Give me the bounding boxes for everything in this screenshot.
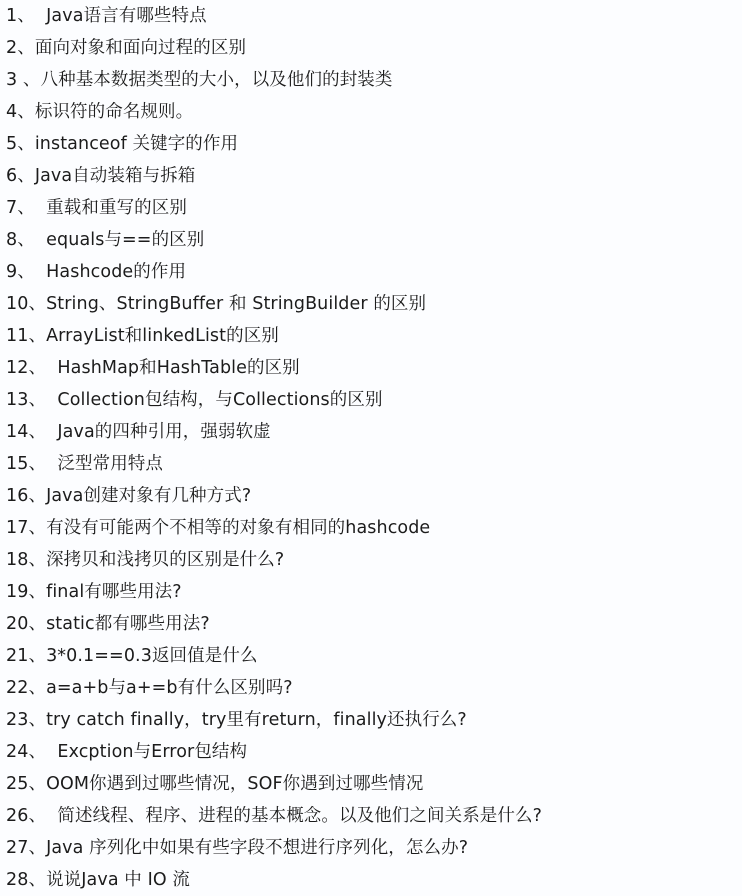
item-number: 24、 [6,742,46,762]
item-text: Excption与Error包结构 [57,742,247,762]
item-text: 标识符的命名规则。 [35,102,193,122]
item-text: Collection包结构，与Collections的区别 [57,390,382,410]
item-text: 八种基本数据类型的大小，以及他们的封装类 [41,70,393,90]
item-text: String、StringBuffer 和 StringBuilder 的区别 [46,294,426,314]
item-text: 3*0.1==0.3返回值是什么 [46,646,257,666]
item-gap [46,806,57,826]
list-item: 23、try catch finally，try里有return，finally… [6,704,742,736]
list-item: 13、 Collection包结构，与Collections的区别 [6,384,742,416]
list-item: 2、面向对象和面向过程的区别 [6,32,742,64]
list-item: 22、a=a+b与a+=b有什么区别吗? [6,672,742,704]
list-item: 24、 Excption与Error包结构 [6,736,742,768]
item-number: 2、 [6,38,35,58]
list-item: 8、 equals与==的区别 [6,224,742,256]
item-text: 泛型常用特点 [57,454,163,474]
item-gap [35,262,46,282]
item-text: try catch finally，try里有return，finally还执行… [46,710,467,730]
item-number: 9、 [6,262,35,282]
list-item: 15、 泛型常用特点 [6,448,742,480]
question-list: 1、 Java语言有哪些特点 2、面向对象和面向过程的区别 3 、八种基本数据类… [6,0,742,896]
list-item: 1、 Java语言有哪些特点 [6,0,742,32]
item-number: 25、 [6,774,46,794]
item-number: 16、 [6,486,46,506]
list-item: 12、 HashMap和HashTable的区别 [6,352,742,384]
list-item: 10、String、StringBuffer 和 StringBuilder 的… [6,288,742,320]
item-gap [35,198,46,218]
list-item: 9、 Hashcode的作用 [6,256,742,288]
item-number: 28、 [6,870,46,890]
item-number: 22、 [6,678,46,698]
item-gap [46,390,57,410]
item-text: 有没有可能两个不相等的对象有相同的hashcode [46,518,430,538]
item-text: 重载和重写的区别 [46,198,187,218]
list-item: 14、 Java的四种引用，强弱软虚 [6,416,742,448]
list-item: 18、深拷贝和浅拷贝的区别是什么? [6,544,742,576]
item-gap [35,6,46,26]
item-text: ArrayList和linkedList的区别 [46,326,279,346]
list-item: 6、Java自动装箱与拆箱 [6,160,742,192]
list-item: 26、 简述线程、程序、进程的基本概念。以及他们之间关系是什么? [6,800,742,832]
item-number: 18、 [6,550,46,570]
list-item: 17、有没有可能两个不相等的对象有相同的hashcode [6,512,742,544]
list-item: 7、 重载和重写的区别 [6,192,742,224]
item-text: instanceof 关键字的作用 [35,134,238,154]
item-number: 3 、 [6,70,41,90]
item-text: Java 序列化中如果有些字段不想进行序列化，怎么办? [46,838,468,858]
item-text: HashMap和HashTable的区别 [57,358,299,378]
list-item: 20、static都有哪些用法? [6,608,742,640]
item-number: 15、 [6,454,46,474]
item-number: 11、 [6,326,46,346]
item-gap [46,454,57,474]
item-number: 4、 [6,102,35,122]
item-text: 简述线程、程序、进程的基本概念。以及他们之间关系是什么? [57,806,542,826]
list-item: 27、Java 序列化中如果有些字段不想进行序列化，怎么办? [6,832,742,864]
item-number: 21、 [6,646,46,666]
item-number: 1、 [6,6,35,26]
item-text: Java语言有哪些特点 [46,6,207,26]
item-number: 20、 [6,614,46,634]
item-number: 27、 [6,838,46,858]
item-number: 19、 [6,582,46,602]
list-item: 21、3*0.1==0.3返回值是什么 [6,640,742,672]
item-text: OOM你遇到过哪些情况，SOF你遇到过哪些情况 [46,774,423,794]
item-text: 说说Java 中 IO 流 [46,870,190,890]
item-text: Java自动装箱与拆箱 [35,166,196,186]
list-item: 5、instanceof 关键字的作用 [6,128,742,160]
item-text: 面向对象和面向过程的区别 [35,38,246,58]
list-item: 3 、八种基本数据类型的大小，以及他们的封装类 [6,64,742,96]
list-item: 16、Java创建对象有几种方式? [6,480,742,512]
list-item: 19、final有哪些用法? [6,576,742,608]
list-item: 4、标识符的命名规则。 [6,96,742,128]
item-text: Java创建对象有几种方式? [46,486,251,506]
item-number: 8、 [6,230,35,250]
item-gap [35,230,46,250]
item-text: final有哪些用法? [46,582,182,602]
item-number: 12、 [6,358,46,378]
item-number: 23、 [6,710,46,730]
list-item: 25、OOM你遇到过哪些情况，SOF你遇到过哪些情况 [6,768,742,800]
item-gap [46,422,57,442]
item-number: 5、 [6,134,35,154]
item-gap [46,742,57,762]
list-item: 28、说说Java 中 IO 流 [6,864,742,896]
item-text: equals与==的区别 [46,230,204,250]
item-text: Java的四种引用，强弱软虚 [57,422,270,442]
item-number: 14、 [6,422,46,442]
item-text: Hashcode的作用 [46,262,186,282]
item-text: static都有哪些用法? [46,614,210,634]
item-number: 6、 [6,166,35,186]
item-text: 深拷贝和浅拷贝的区别是什么? [46,550,284,570]
item-number: 7、 [6,198,35,218]
item-number: 17、 [6,518,46,538]
item-gap [46,358,57,378]
item-number: 26、 [6,806,46,826]
item-text: a=a+b与a+=b有什么区别吗? [46,678,293,698]
item-number: 10、 [6,294,46,314]
list-item: 11、ArrayList和linkedList的区别 [6,320,742,352]
item-number: 13、 [6,390,46,410]
